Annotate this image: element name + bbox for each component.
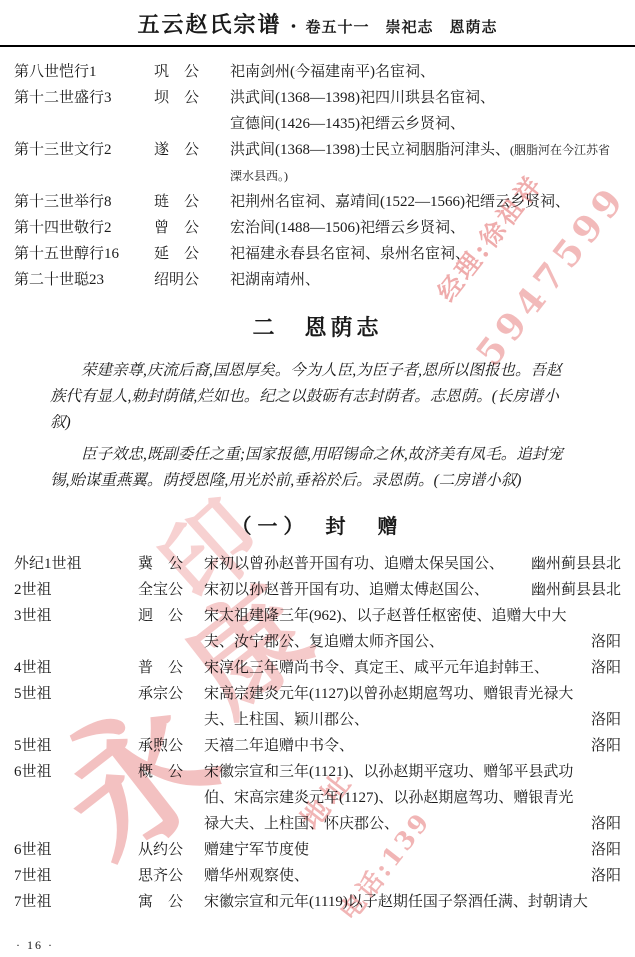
generation-label: 外纪1世祖 — [14, 551, 138, 577]
honor-text: 祀福建永春县名宦祠、泉州名宦祠、 — [230, 246, 470, 262]
ancestor-name: 寓 公 — [138, 889, 204, 915]
page-header: 五云赵氏宗谱 ・ 卷五十一 崇祀志 恩荫志 — [0, 0, 635, 39]
grant-description: 宋高宗建炎元年(1127)以曾孙赵期扈驾功、赠银青光禄大夫、上柱国、颖川郡公、 — [204, 681, 583, 733]
ancestor-name: 绍明公 — [154, 267, 230, 293]
generation-label: 第二十世聪23 — [14, 267, 154, 293]
preface-block: 荣建亲尊,庆流后裔,国恩厚矣。今为人臣,为臣子者,恩所以图报也。吾赵族代有显人,… — [50, 358, 573, 494]
subsection-title-fengzeng: （一） 封 赠 — [0, 510, 635, 539]
honor-description: 祀南剑州(今福建南平)名宦祠、 — [230, 59, 621, 85]
generation-label: 第十三世举行8 — [14, 189, 154, 215]
honor-description: 祀福建永春县名宦祠、泉州名宦祠、 — [230, 241, 621, 267]
grant-row: 4世祖 普 公 宋淳化三年赠尚书令、真定王、咸平元年追封韩王、 洛阳 — [14, 655, 621, 681]
ancestor-row: 第八世恺行1 巩 公 祀南剑州(今福建南平)名宦祠、 — [14, 59, 621, 85]
burial-place: 洛阳 — [591, 863, 621, 889]
generation-label: 5世祖 — [14, 733, 138, 759]
burial-place: 幽州蓟县县北 — [531, 577, 621, 603]
honor-description: 洪武间(1368—1398)祀四川珙县名宦祠、 宣德间(1426—1435)祀缙… — [230, 85, 621, 137]
ancestor-row: 第二十世聪23 绍明公 祀湖南靖州、 — [14, 267, 621, 293]
ancestor-name: 冀 公 — [138, 551, 204, 577]
chongsi-list: 第八世恺行1 巩 公 祀南剑州(今福建南平)名宦祠、 第十二世盛行3 坝 公 洪… — [14, 59, 621, 293]
grant-row: 7世祖 思齐公 赠华州观察使、 洛阳 — [14, 863, 621, 889]
honor-text: 宏治间(1488—1506)祀缙云乡贤祠、 — [230, 220, 465, 236]
grant-row: 6世祖 从约公 赠建宁军节度使 洛阳 — [14, 837, 621, 863]
generation-label: 5世祖 — [14, 681, 138, 707]
grant-row: 外纪1世祖 冀 公 宋初以曾孙赵普开国有功、追赠太保吴国公、 幽州蓟县县北 — [14, 551, 621, 577]
honor-description: 祀荆州名宦祠、嘉靖间(1522—1566)祀缙云乡贤祠、 — [230, 189, 621, 215]
fengzeng-list: 外纪1世祖 冀 公 宋初以曾孙赵普开国有功、追赠太保吴国公、 幽州蓟县县北 2世… — [14, 551, 621, 915]
generation-label: 6世祖 — [14, 759, 138, 785]
ancestor-name: 琏 公 — [154, 189, 230, 215]
grant-row: 5世祖 承宗公 宋高宗建炎元年(1127)以曾孙赵期扈驾功、赠银青光禄大夫、上柱… — [14, 681, 621, 733]
header-rule — [0, 45, 635, 47]
generation-label: 4世祖 — [14, 655, 138, 681]
grant-description: 宋淳化三年赠尚书令、真定王、咸平元年追封韩王、 — [204, 655, 583, 681]
grant-row: 7世祖 寓 公 宋徽宗宣和元年(1119)以子赵期任国子祭酒任满、封朝请大 — [14, 889, 621, 915]
ancestor-name: 全宝公 — [138, 577, 204, 603]
ancestor-name: 延 公 — [154, 241, 230, 267]
generation-label: 2世祖 — [14, 577, 138, 603]
burial-place: 洛阳 — [591, 707, 621, 733]
ancestor-name: 普 公 — [138, 655, 204, 681]
burial-place: 洛阳 — [591, 629, 621, 655]
honor-description: 洪武间(1368—1398)士民立祠胭脂河津头、(胭脂河在今江苏省溧水县西。) — [230, 137, 621, 189]
ancestor-row: 第十五世醇行16 延 公 祀福建永春县名宦祠、泉州名宦祠、 — [14, 241, 621, 267]
generation-label: 3世祖 — [14, 603, 138, 629]
section-title-enyin: 二 恩荫志 — [0, 311, 635, 342]
burial-place: 洛阳 — [591, 811, 621, 837]
generation-label: 第十二世盛行3 — [14, 85, 154, 111]
grant-row: 3世祖 迥 公 宋太祖建隆三年(962)、以子赵普任枢密使、追赠大中大夫、汝宁郡… — [14, 603, 621, 655]
honor-text: 祀南剑州(今福建南平)名宦祠、 — [230, 64, 435, 80]
title-separator-dot: ・ — [285, 19, 301, 36]
grant-row: 5世祖 承煦公 天禧二年追赠中书令、 洛阳 — [14, 733, 621, 759]
ancestor-name: 巩 公 — [154, 59, 230, 85]
genealogy-page: 五云赵氏宗谱 ・ 卷五十一 崇祀志 恩荫志 第八世恺行1 巩 公 祀南剑州(今福… — [0, 0, 635, 957]
honor-text: 洪武间(1368—1398)士民立祠胭脂河津头、 — [230, 142, 510, 158]
burial-place: 洛阳 — [591, 655, 621, 681]
generation-label: 7世祖 — [14, 889, 138, 915]
ancestor-name: 承宗公 — [138, 681, 204, 707]
ancestor-name: 承煦公 — [138, 733, 204, 759]
generation-label: 第十四世敬行2 — [14, 215, 154, 241]
generation-label: 第八世恺行1 — [14, 59, 154, 85]
honor-text: 祀湖南靖州、 — [230, 272, 320, 288]
preface-paragraph-1: 荣建亲尊,庆流后裔,国恩厚矣。今为人臣,为臣子者,恩所以图报也。吾赵族代有显人,… — [50, 358, 573, 436]
grant-description: 宋太祖建隆三年(962)、以子赵普任枢密使、追赠大中大夫、汝宁郡公、复追赠太师齐… — [204, 603, 583, 655]
generation-label: 第十三世文行2 — [14, 137, 154, 163]
book-title: 五云赵氏宗谱 — [137, 12, 281, 37]
honor-description: 宏治间(1488—1506)祀缙云乡贤祠、 — [230, 215, 621, 241]
ancestor-name: 曾 公 — [154, 215, 230, 241]
page-number: · 16 · — [16, 938, 54, 953]
ancestor-name: 坝 公 — [154, 85, 230, 111]
ancestor-name: 遂 公 — [154, 137, 230, 163]
ancestor-row: 第十三世举行8 琏 公 祀荆州名宦祠、嘉靖间(1522—1566)祀缙云乡贤祠、 — [14, 189, 621, 215]
grant-description: 天禧二年追赠中书令、 — [204, 733, 583, 759]
grant-description: 宋初以曾孙赵普开国有功、追赠太保吴国公、 — [204, 551, 523, 577]
ancestor-name: 从约公 — [138, 837, 204, 863]
burial-place: 洛阳 — [591, 733, 621, 759]
generation-label: 7世祖 — [14, 863, 138, 889]
grant-description: 宋徽宗宣和元年(1119)以子赵期任国子祭酒任满、封朝请大 — [204, 889, 613, 915]
ancestor-name: 思齐公 — [138, 863, 204, 889]
honor-text: 洪武间(1368—1398)祀四川珙县名宦祠、 宣德间(1426—1435)祀缙… — [230, 90, 495, 132]
grant-description: 宋初以孙赵普开国有功、追赠太傅赵国公、 — [204, 577, 523, 603]
burial-place: 洛阳 — [591, 837, 621, 863]
grant-row: 6世祖 概 公 宋徽宗宣和三年(1121)、以孙赵期平寇功、赠邹平县武功伯、宋高… — [14, 759, 621, 837]
grant-description: 赠华州观察使、 — [204, 863, 583, 889]
grant-description: 赠建宁军节度使 — [204, 837, 583, 863]
generation-label: 第十五世醇行16 — [14, 241, 154, 267]
honor-text: 祀荆州名宦祠、嘉靖间(1522—1566)祀缙云乡贤祠、 — [230, 194, 570, 210]
ancestor-row: 第十三世文行2 遂 公 洪武间(1368—1398)士民立祠胭脂河津头、(胭脂河… — [14, 137, 621, 189]
volume-subtitle: 卷五十一 崇祀志 恩荫志 — [306, 20, 498, 36]
grant-row: 2世祖 全宝公 宋初以孙赵普开国有功、追赠太傅赵国公、 幽州蓟县县北 — [14, 577, 621, 603]
ancestor-name: 概 公 — [138, 759, 204, 785]
ancestor-row: 第十二世盛行3 坝 公 洪武间(1368—1398)祀四川珙县名宦祠、 宣德间(… — [14, 85, 621, 137]
generation-label: 6世祖 — [14, 837, 138, 863]
preface-paragraph-2: 臣子效忠,既副委任之重;国家报德,用昭锡命之休,故济美有凤毛。追封宠锡,贻谋重燕… — [50, 442, 573, 494]
ancestor-name: 迥 公 — [138, 603, 204, 629]
ancestor-row: 第十四世敬行2 曾 公 宏治间(1488—1506)祀缙云乡贤祠、 — [14, 215, 621, 241]
burial-place: 幽州蓟县县北 — [531, 551, 621, 577]
grant-description: 宋徽宗宣和三年(1121)、以孙赵期平寇功、赠邹平县武功伯、宋高宗建炎元年(11… — [204, 759, 583, 837]
honor-description: 祀湖南靖州、 — [230, 267, 621, 293]
